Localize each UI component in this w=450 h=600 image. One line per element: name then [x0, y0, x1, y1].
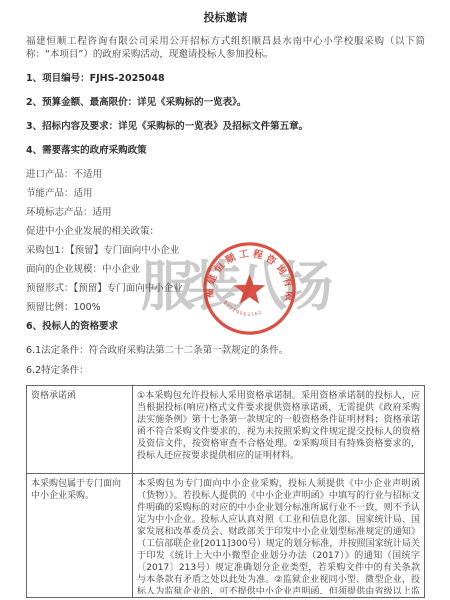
doc-line-specific-condition: 6.2特定条件：: [26, 365, 425, 376]
table-row: 资格承诺函 ①本采购包允许投标人采用资格承诺制。采用资格承诺制的投标人，应当根据…: [27, 386, 425, 474]
doc-line-enterprise-scale: 面向的企业规模：中小企业: [26, 264, 425, 275]
doc-line-content-requirements: 3、招标内容及要求：详见《采购标的一览表》及招标文件第五章。: [26, 121, 425, 133]
doc-line-qualification-heading: 6、投标人的资格要求: [26, 321, 425, 333]
qualification-table: 资格承诺函 ①本采购包允许投标人采用资格承诺制。采用资格承诺制的投标人，应当根据…: [26, 385, 425, 598]
document-content: 投标邀请 福建恒顺工程咨询有限公司采用公开招标方式组织顺昌县水南中心小学校服采购…: [0, 0, 450, 598]
document-page: 服装八场 投标邀请 福建恒顺工程咨询有限公司采用公开招标方式组织顺昌县水南中心小…: [0, 0, 450, 600]
doc-line-budget: 2、预算金额、最高限价：详见《采购标的一览表》。: [26, 97, 425, 109]
table-row: 本采购包属于专门面向中小企业采购。 本采购包为专门面向中小企业采购，投标人须提供…: [27, 474, 425, 598]
page-title: 投标邀请: [26, 11, 425, 24]
doc-line-reserve-ratio: 预留比例：100%: [26, 302, 425, 313]
doc-line-sme-policy: 促进中小企业发展的相关政策：: [26, 226, 425, 237]
table-cell-header: 资格承诺函: [27, 386, 133, 474]
doc-line-import-products: 进口产品：不适用: [26, 169, 425, 180]
doc-line-purchase-package: 采购包1：【预留】专门面向中小企业: [26, 245, 425, 256]
doc-line-eco-label: 环境标志产品：适用: [26, 207, 425, 218]
intro-paragraph: 福建恒顺工程咨询有限公司采用公开招标方式组织顺昌县水南中心小学校服采购（以下简称…: [26, 35, 425, 61]
doc-line-legal-condition: 6.1法定条件：符合政府采购法第二十二条第一款规定的条件。: [26, 345, 425, 356]
table-cell-content: ①本采购包允许投标人采用资格承诺制。采用资格承诺制的投标人，应当根据投标(响应)…: [133, 386, 425, 474]
table-cell-header: 本采购包属于专门面向中小企业采购。: [27, 474, 133, 598]
doc-line-reserve-form: 预留形式：【预留】专门面向中小企业: [26, 283, 425, 294]
doc-line-policy-heading: 4、需要落实的政府采购政策: [26, 145, 425, 157]
doc-line-project-number: 1、项目编号：FJHS-2025048: [26, 73, 425, 85]
doc-line-energy-saving: 节能产品：适用: [26, 188, 425, 199]
table-cell-content: 本采购包为专门面向中小企业采购，投标人须提供《中小企业声明函（货物）》。若投标人…: [133, 474, 425, 598]
